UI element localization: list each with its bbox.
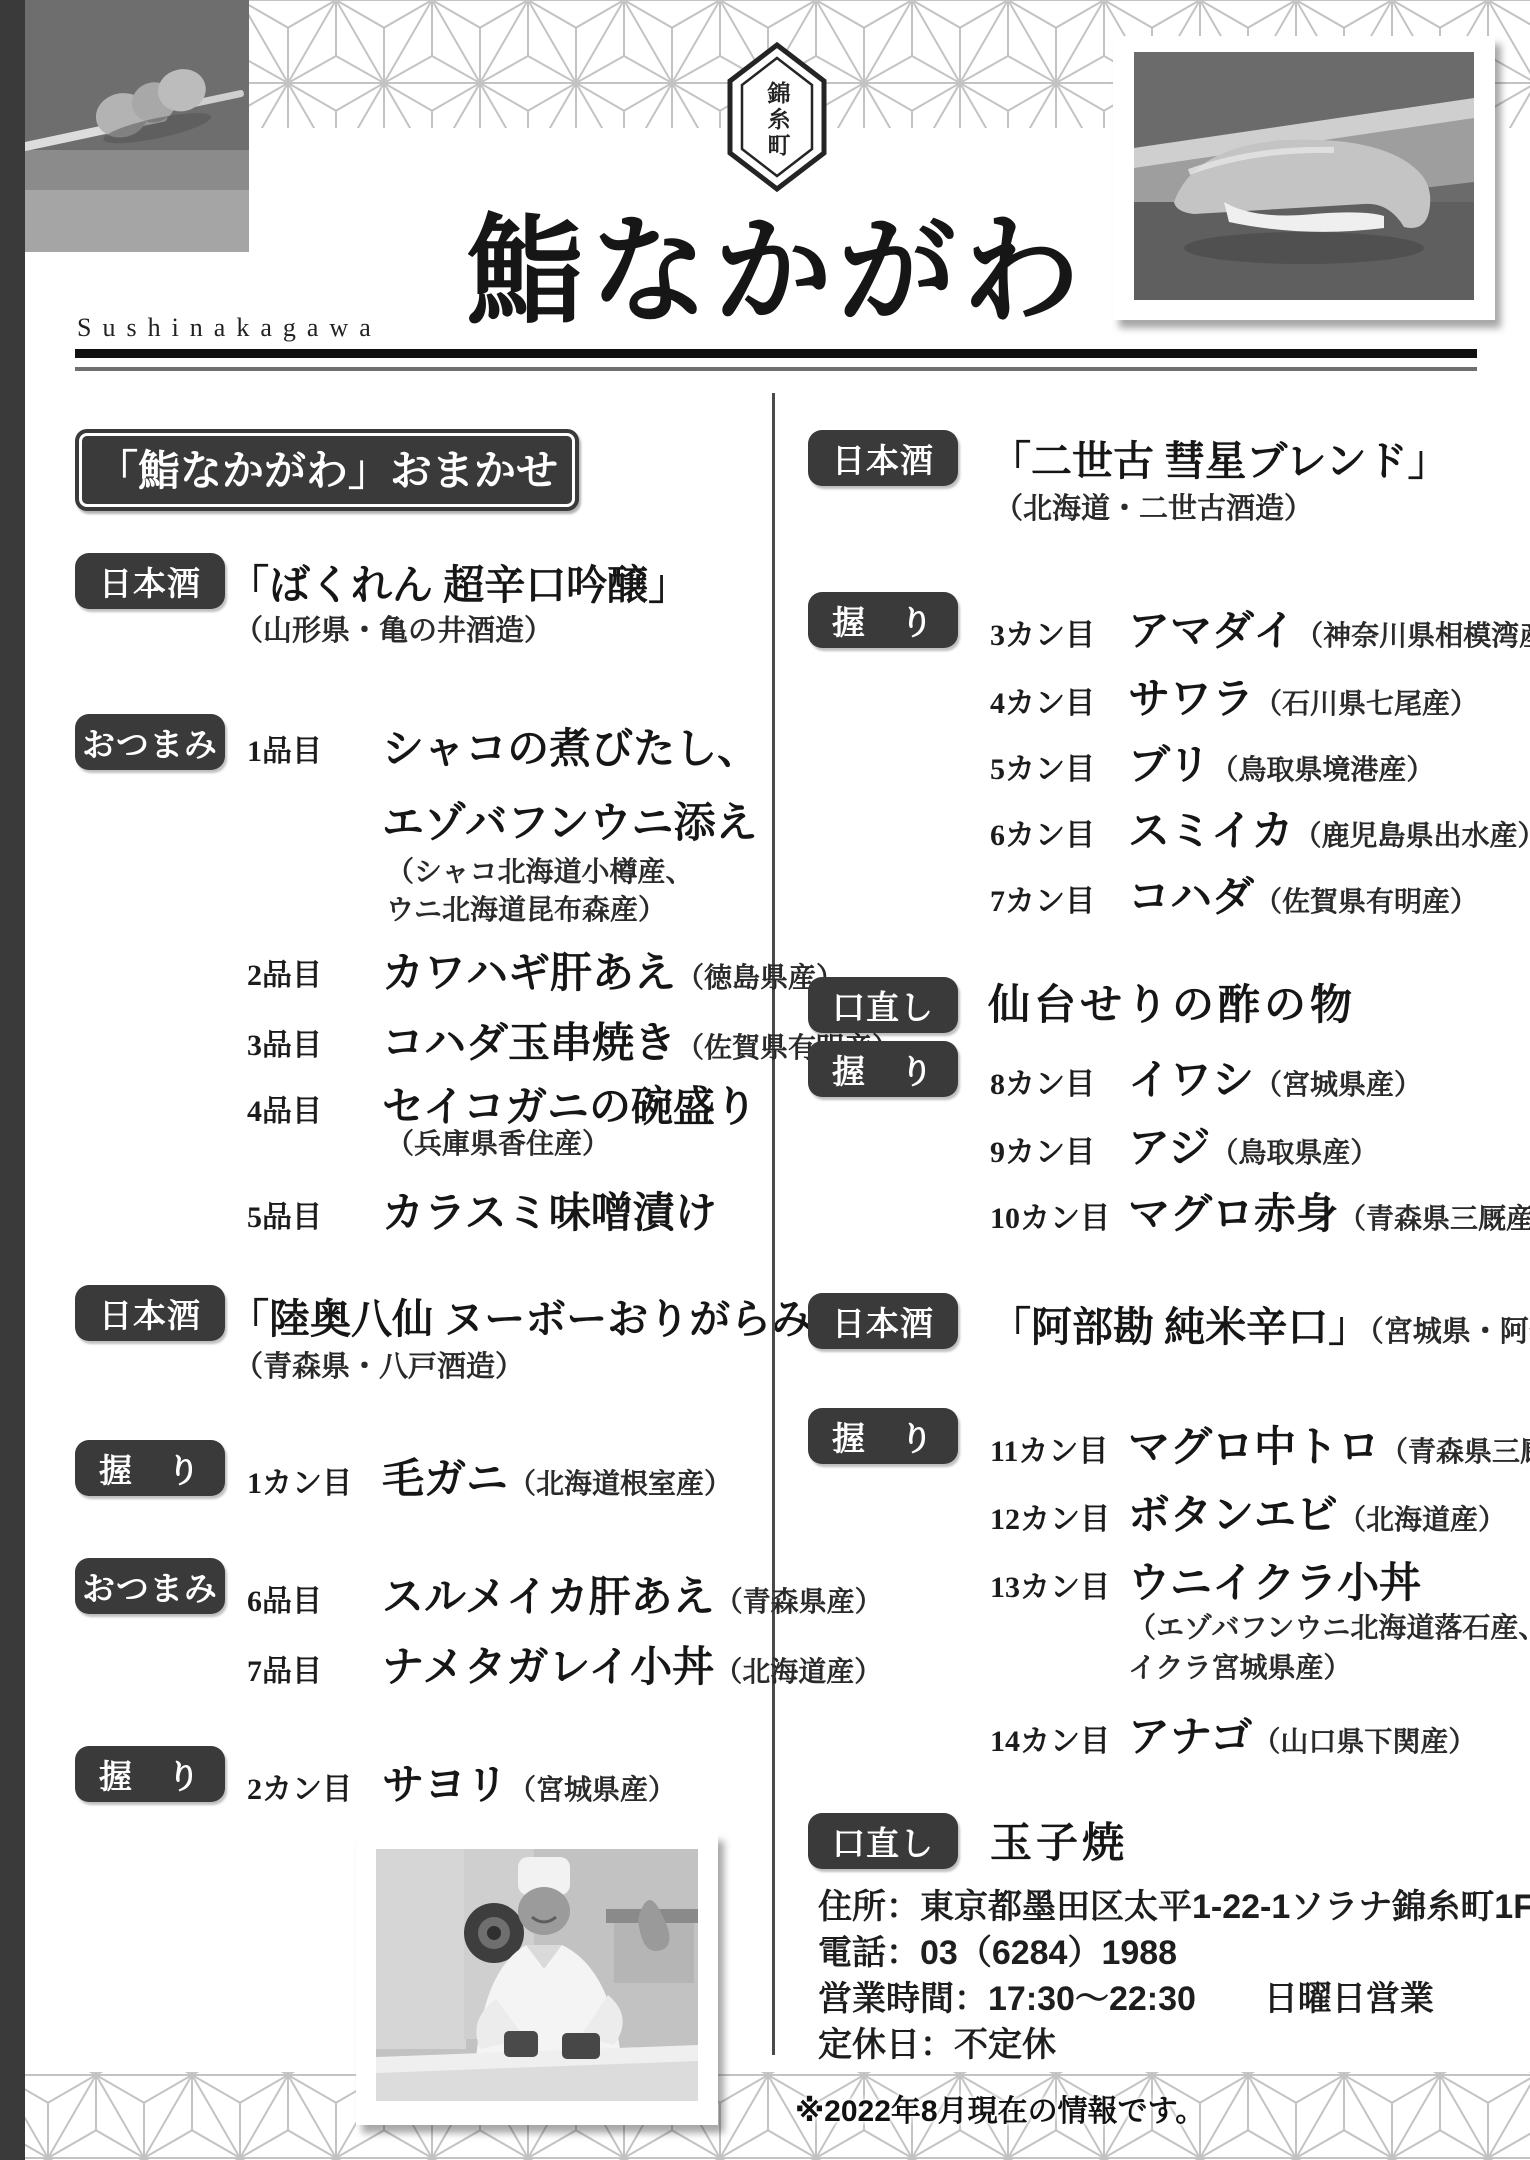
item-number: 1カン目 bbox=[247, 1458, 352, 1502]
item-name: シャコの煮びたし、 bbox=[382, 716, 759, 776]
item-name: イワシ（宮城県産） bbox=[1128, 1047, 1422, 1107]
shop-holiday: 定休日：不定休 bbox=[818, 2022, 1530, 2068]
tag-sake: 日本酒 bbox=[75, 553, 225, 609]
sake-name: 「二世古 彗星ブレンド」 bbox=[990, 428, 1449, 487]
column-divider bbox=[772, 393, 775, 2055]
tag-nigiri: 握 り bbox=[808, 1408, 958, 1464]
item-note: （兵庫県香住産） bbox=[386, 1122, 610, 1162]
item-name: マグロ赤身（青森県三厩産） bbox=[1128, 1181, 1530, 1241]
tag-sake: 日本酒 bbox=[808, 1293, 958, 1349]
tag-otsumami: おつまみ bbox=[75, 714, 225, 770]
item-name: サワラ（石川県七尾産） bbox=[1128, 666, 1478, 726]
item-number: 2カン目 bbox=[247, 1764, 352, 1808]
tag-kuchinaoshi: 口直し bbox=[808, 977, 958, 1033]
shop-info: 住所：東京都墨田区太平1-22-1ソラナ錦糸町1F 電話：03（6284）198… bbox=[818, 1884, 1530, 2068]
item-number: 13カン目 bbox=[990, 1562, 1110, 1606]
item-number: 7カン目 bbox=[990, 876, 1095, 920]
item-name: コハダ（佐賀県有明産） bbox=[1128, 864, 1478, 924]
item-number: 5カン目 bbox=[990, 744, 1095, 788]
tag-nigiri: 握 り bbox=[808, 1041, 958, 1097]
sake-name: 「阿部勘 純米辛口」（宮城県・阿部勘酒造店） bbox=[990, 1294, 1530, 1353]
item-name: カワハギ肝あえ（徳島県産） bbox=[382, 940, 844, 1000]
item-number: 11カン目 bbox=[990, 1426, 1108, 1470]
item-name: アマダイ（神奈川県相模湾産） bbox=[1128, 598, 1530, 658]
item-note: （エゾバフンウニ北海道落石産、 bbox=[1128, 1606, 1530, 1646]
skewer-photo bbox=[25, 0, 249, 252]
footer-note: ※2022年8月現在の情報です。 bbox=[795, 2086, 1205, 2130]
menu-page: 錦糸町 鮨なかがわ Sushinakagawa 「鮨なかがわ」おまかせ 日本酒 … bbox=[0, 0, 1530, 2160]
tag-nigiri: 握 り bbox=[75, 1440, 225, 1496]
shop-phone: 電話：03（6284）1988 bbox=[818, 1930, 1530, 1976]
item-number: 1品目 bbox=[247, 726, 322, 770]
item-number: 14カン目 bbox=[990, 1716, 1110, 1760]
sake-name: 「陸奥八仙 ヌーボーおりがらみ」 bbox=[228, 1286, 853, 1345]
item-number: 7品目 bbox=[247, 1646, 322, 1690]
item-name: カラスミ味噌漬け bbox=[382, 1180, 717, 1240]
nigiri-photo bbox=[1113, 36, 1495, 320]
shop-address: 住所：東京都墨田区太平1-22-1ソラナ錦糸町1F bbox=[818, 1884, 1530, 1930]
item-name: ウニイクラ小丼 bbox=[1128, 1550, 1421, 1610]
sake-origin: （山形県・亀の井酒造） bbox=[234, 608, 553, 649]
item-number: 4品目 bbox=[247, 1086, 322, 1130]
tag-sake: 日本酒 bbox=[75, 1285, 225, 1341]
tag-nigiri: 握 り bbox=[808, 592, 958, 648]
item-number: 8カン目 bbox=[990, 1059, 1095, 1103]
item-number: 10カン目 bbox=[990, 1193, 1110, 1237]
item-note: ウニ北海道昆布森産） bbox=[386, 888, 666, 928]
item-name: 玉子焼 bbox=[990, 1810, 1128, 1870]
omakase-heading: 「鮨なかがわ」おまかせ bbox=[75, 429, 579, 511]
item-number: 3品目 bbox=[247, 1020, 322, 1064]
header-rule-thick bbox=[75, 349, 1477, 358]
tag-kuchinaoshi: 口直し bbox=[808, 1813, 958, 1869]
item-note: イクラ宮城県産） bbox=[1128, 1646, 1351, 1686]
item-number: 3カン目 bbox=[990, 610, 1095, 654]
tag-otsumami: おつまみ bbox=[75, 1558, 225, 1614]
item-number: 6カン目 bbox=[990, 810, 1095, 854]
item-number: 4カン目 bbox=[990, 678, 1095, 722]
page-title: 鮨なかがわ bbox=[420, 176, 1132, 346]
item-note: （シャコ北海道小樽産、 bbox=[386, 850, 693, 890]
item-name: 毛ガニ（北海道根室産） bbox=[382, 1446, 732, 1506]
item-name: マグロ中トロ（青森県三厩産） bbox=[1128, 1414, 1530, 1474]
item-number: 5品目 bbox=[247, 1192, 322, 1236]
item-name: スルメイカ肝あえ（青森県産） bbox=[382, 1564, 883, 1624]
item-number: 9カン目 bbox=[990, 1127, 1095, 1171]
item-name: ボタンエビ（北海道産） bbox=[1128, 1482, 1506, 1542]
item-number: 12カン目 bbox=[990, 1494, 1110, 1538]
item-name: エゾバフンウニ添え bbox=[382, 790, 757, 850]
item-name: サヨリ（宮城県産） bbox=[382, 1752, 676, 1812]
badge-label: 錦糸町 bbox=[750, 80, 804, 160]
item-name: アジ（鳥取県産） bbox=[1128, 1115, 1378, 1175]
item-number: 6品目 bbox=[247, 1576, 322, 1620]
tag-sake: 日本酒 bbox=[808, 430, 958, 486]
tag-nigiri: 握 り bbox=[75, 1746, 225, 1802]
item-name: スミイカ（鹿児島県出水産） bbox=[1128, 798, 1530, 858]
sake-name: 「ばくれん 超辛口吟醸」 bbox=[228, 552, 689, 611]
item-name: 仙台せりの酢の物 bbox=[988, 972, 1356, 1032]
sake-origin: （青森県・八戸酒造） bbox=[234, 1344, 524, 1385]
shop-hours: 営業時間：17:30～22:30 日曜日営業 bbox=[818, 1976, 1530, 2022]
item-name: アナゴ（山口県下関産） bbox=[1128, 1704, 1476, 1764]
chef-photo bbox=[356, 1833, 718, 2125]
page-edge-strip bbox=[0, 0, 25, 2160]
romaji-subtitle: Sushinakagawa bbox=[77, 313, 382, 343]
header-rule-thin bbox=[75, 367, 1477, 371]
item-name: ナメタガレイ小丼（北海道産） bbox=[382, 1634, 882, 1694]
item-name: ブリ（鳥取県境港産） bbox=[1128, 732, 1434, 792]
sake-origin: （北海道・二世古酒造） bbox=[994, 486, 1313, 527]
item-number: 2品目 bbox=[247, 950, 322, 994]
